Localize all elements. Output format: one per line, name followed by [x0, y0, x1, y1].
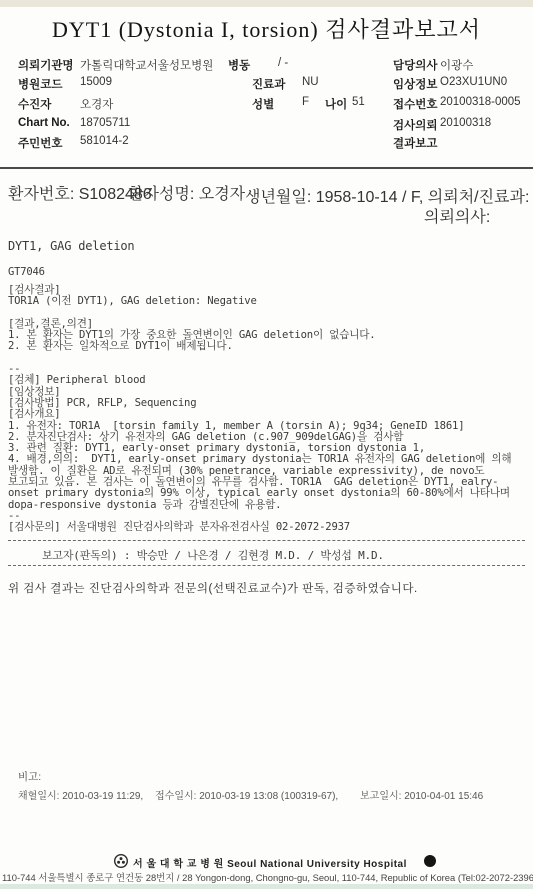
receipt-label-text: 접수번호: [393, 99, 437, 111]
report-page: DYT1 (Dystonia I, torsion) 검사결과보고서 의뢰기관명…: [0, 0, 533, 889]
test-name: DYT1, GAG deletion: [8, 239, 134, 253]
field-receipt-label: 접수번호: [393, 96, 437, 112]
field-ward-label: 병동: [228, 57, 250, 73]
field-request-label: 검사의뢰: [393, 117, 437, 133]
field-hospital-code-label: 병원코드: [18, 76, 62, 92]
patient-number-label: 환자번호:: [8, 186, 74, 203]
field-sex-label: 성별: [252, 96, 274, 112]
hospital-name-kr: 서 울 대 학 교 병 원: [133, 859, 224, 870]
field-clinical-label: 임상정보: [393, 76, 437, 92]
test-code: GT7046: [8, 266, 45, 278]
field-rrn-label: 주민번호: [18, 135, 62, 151]
field-org-label: 의뢰기관명: [18, 60, 74, 72]
remarks-label: 비고:: [18, 769, 41, 784]
dashed-separator-bottom: [8, 565, 525, 566]
field-org: 의뢰기관명: [18, 57, 74, 73]
field-doctor-value: 이광수: [440, 57, 473, 73]
hospital-name-en: Seoul National University Hospital: [227, 859, 407, 870]
field-rrn-value: 581014-2: [80, 135, 129, 147]
patient-name-value: 오경자: [199, 186, 245, 203]
page-title: DYT1 (Dystonia I, torsion) 검사결과보고서: [0, 13, 533, 44]
reported-datetime: 보고일시: 2010-04-01 15:46: [360, 787, 483, 802]
patient-label-text: 수진자: [18, 99, 51, 111]
report-label-text: 결과보고: [393, 138, 437, 150]
chart-label-text: Chart No.: [18, 117, 70, 129]
header-separator-line: [0, 167, 533, 169]
sex-label-text: 성별: [252, 99, 274, 111]
referring-doctor-label: 의뢰의사:: [424, 204, 490, 227]
field-patient-label: 수진자: [18, 96, 51, 112]
ward-label-text: 병동: [228, 60, 250, 72]
field-org-value: 가톨릭대학교서울성모병원: [80, 57, 213, 73]
field-doctor-label: 담당의사: [393, 57, 437, 73]
scan-top-edge: [0, 0, 533, 7]
clinical-label-text: 임상정보: [393, 79, 437, 91]
dashed-separator-top: [8, 540, 525, 541]
field-sex-value: F: [302, 96, 309, 108]
hospital-code-label-text: 병원코드: [18, 79, 62, 91]
field-hospital-code-value: 15009: [80, 76, 112, 88]
hospital-name: 서 울 대 학 교 병 원 Seoul National University …: [133, 855, 407, 870]
rrn-label-text: 주민번호: [18, 138, 62, 150]
field-clinical-value: O23XU1UN0: [440, 76, 507, 88]
field-age-value: 51: [352, 96, 365, 108]
field-patient-value: 오경자: [80, 96, 113, 112]
hospital-address: 110-744 서울특별시 종로구 연건동 28번지 / 28 Yongon-d…: [2, 870, 533, 884]
field-request-value: 20100318: [440, 117, 491, 129]
reporters-line: 보고자(판독의) : 박승만 / 나은경 / 김현경 M.D. / 박성섭 M.…: [42, 547, 384, 563]
collected-datetime: 채혈일시: 2010-03-19 11:29,: [18, 787, 143, 802]
dept-label-text: 진료과: [252, 79, 285, 91]
field-dept-label: 진료과: [252, 76, 285, 92]
field-chart-value: 18705711: [80, 117, 130, 129]
received-datetime: 접수일시: 2010-03-19 13:08 (100319-67),: [155, 787, 338, 802]
punch-hole-dot: [424, 855, 436, 867]
report-body-text: [검사결과] TOR1A (이전 DYT1), GAG deletion: Ne…: [8, 285, 528, 534]
field-receipt-value: 20100318-0005: [440, 96, 521, 108]
scan-bottom-edge: [0, 884, 533, 889]
patient-name: 환자성명: 오경자: [128, 181, 245, 204]
verification-statement: 위 검사 결과는 진단검사의학과 전문의(선택진료교수)가 판독, 검증하였습니…: [8, 580, 418, 596]
doctor-label-text: 담당의사: [393, 60, 437, 72]
field-report-label: 결과보고: [393, 135, 437, 151]
request-label-text: 검사의뢰: [393, 120, 437, 132]
age-label-text: 나이: [325, 99, 347, 111]
field-chart-label: Chart No.: [18, 117, 70, 129]
patient-name-label: 환자성명:: [128, 186, 194, 203]
field-ward-value: / -: [278, 57, 288, 69]
field-age-label: 나이: [325, 96, 347, 112]
field-dept-value: NU: [302, 76, 319, 88]
